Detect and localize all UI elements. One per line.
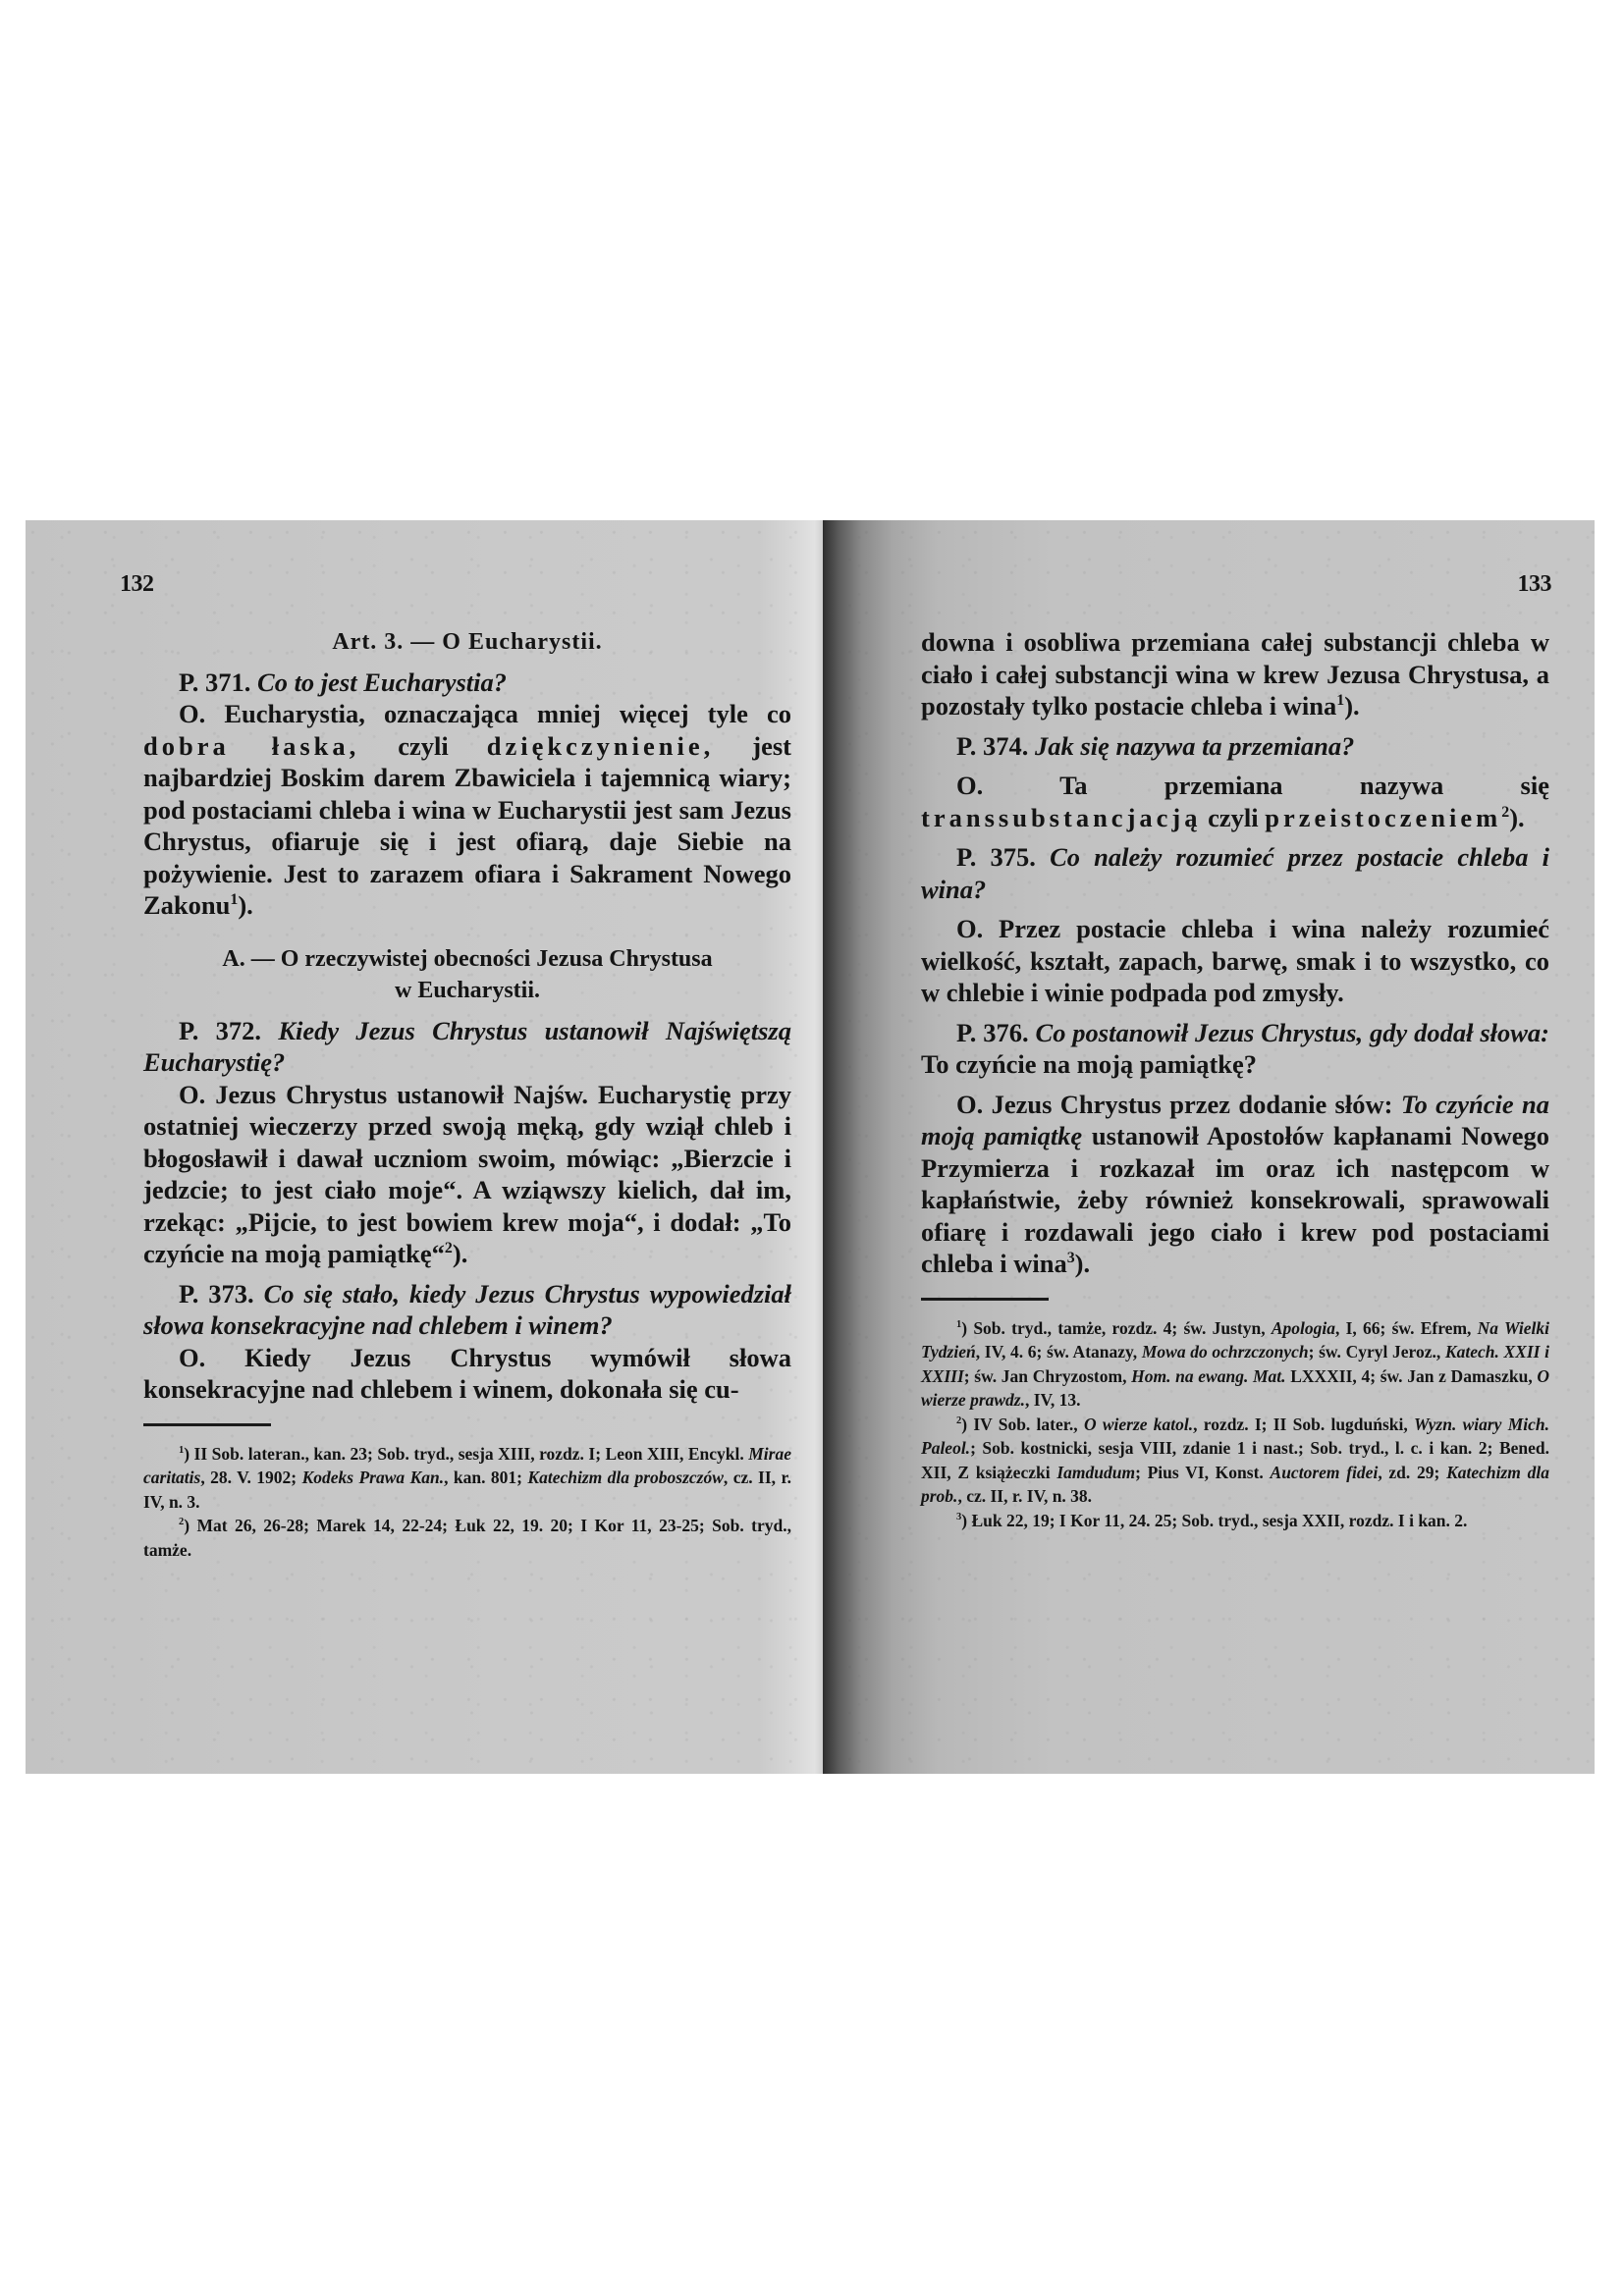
continuation-text: downa i osobliwa przemiana całej substan… [921, 626, 1549, 722]
answer-375: O. Przez postacie chleba i wina należy r… [921, 913, 1549, 1009]
question-label: P. 371. [179, 667, 250, 697]
question-text: Jak się nazywa ta przemiana? [1035, 731, 1354, 761]
question-label: P. 375. [956, 842, 1036, 872]
question-376: P. 376. Co postanowił Jezus Chrystus, gd… [921, 1017, 1549, 1081]
question-text: Co to jest Eucharystia? [257, 667, 507, 697]
answer-372: O. Jezus Chrystus ustanowił Najśw. Eucha… [143, 1079, 791, 1270]
footnote-divider [143, 1423, 271, 1426]
footnotes-right: 1) Sob. tryd., tamże, rozdz. 4; św. Just… [921, 1316, 1549, 1533]
left-page: 132 Art. 3. — O Eucharystii. P. 371. Co … [26, 520, 823, 1774]
question-label: P. 372. [179, 1016, 261, 1045]
question-375: P. 375. Co należy rozumieć przez postaci… [921, 841, 1549, 905]
page-number-right: 133 [1518, 571, 1552, 598]
right-page-content: downa i osobliwa przemiana całej substan… [921, 626, 1549, 1532]
footnote-ref: 2 [1501, 804, 1509, 821]
footnote: 2) IV Sob. later., O wierze katol., rozd… [921, 1413, 1549, 1509]
answer-373: O. Kiedy Jezus Chrystus wymówił słowa ko… [143, 1342, 791, 1406]
right-page: 133 downa i osobliwa przemiana całej sub… [823, 520, 1595, 1774]
footnote: 1) II Sob. lateran., kan. 23; Sob. tryd.… [143, 1442, 791, 1515]
footnote: 2) Mat 26, 26-28; Marek 14, 22-24; Łuk 2… [143, 1514, 791, 1562]
answer-371: O. Eucharystia, oznaczająca mniej więcej… [143, 698, 791, 922]
footnote-ref: 3 [1067, 1250, 1075, 1266]
page-number-left: 132 [120, 571, 154, 598]
answer-376: O. Jezus Chrystus przez dodanie słów: To… [921, 1089, 1549, 1280]
section-heading: A. — O rzeczywistej obecności Jezusa Chr… [143, 943, 791, 1007]
question-label: P. 373. [179, 1279, 254, 1308]
question-371: P. 371. Co to jest Eucharystia? [143, 667, 791, 699]
footnote-divider [921, 1298, 1049, 1301]
footnote-ref: 2 [445, 1240, 453, 1256]
question-text: Co postanowił Jezus Chrystus, gdy dodał … [1036, 1018, 1549, 1047]
question-374: P. 374. Jak się nazywa ta przemiana? [921, 730, 1549, 763]
left-page-content: Art. 3. — O Eucharystii. P. 371. Co to j… [143, 626, 791, 1562]
book-scan: 132 Art. 3. — O Eucharystii. P. 371. Co … [26, 520, 1595, 1774]
question-label: P. 374. [956, 731, 1028, 761]
answer-374: O. Ta przemiana nazywa się transsubstanc… [921, 770, 1549, 833]
question-373: P. 373. Co się stało, kiedy Jezus Chryst… [143, 1278, 791, 1342]
footnote: 1) Sob. tryd., tamże, rozdz. 4; św. Just… [921, 1316, 1549, 1413]
article-heading: Art. 3. — O Eucharystii. [143, 626, 791, 659]
footnotes-left: 1) II Sob. lateran., kan. 23; Sob. tryd.… [143, 1442, 791, 1563]
question-372: P. 372. Kiedy Jezus Chrystus ustanowił N… [143, 1015, 791, 1079]
footnote: 3) Łuk 22, 19; I Kor 11, 24. 25; Sob. tr… [921, 1509, 1549, 1533]
question-label: P. 376. [956, 1018, 1029, 1047]
